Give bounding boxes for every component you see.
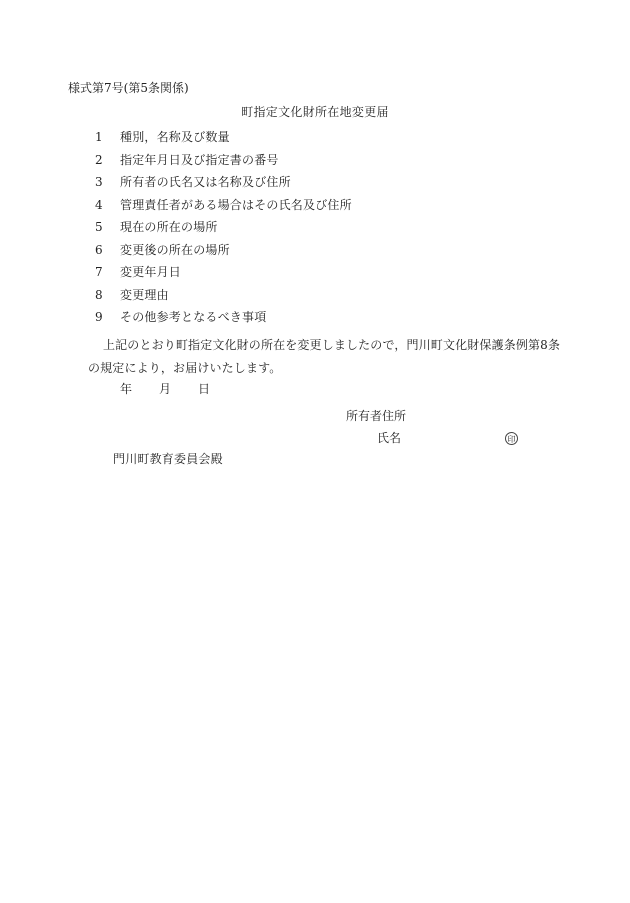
list-item: 7 変更年月日 [95, 261, 352, 284]
item-number: 3 [95, 175, 120, 189]
list-item: 6 変更後の所在の場所 [95, 239, 352, 262]
item-number: 6 [95, 243, 120, 257]
item-label: 指定年月日及び指定書の番号 [120, 153, 279, 167]
seal-icon: 印 [505, 432, 518, 445]
item-number: 7 [95, 265, 120, 279]
item-label: 変更後の所在の場所 [120, 243, 230, 257]
document-title: 町指定文化財所在地変更届 [0, 105, 630, 119]
item-number: 8 [95, 288, 120, 302]
item-label: 変更理由 [120, 288, 169, 302]
list-item: 4 管理責任者がある場合はその氏名及び住所 [95, 194, 352, 217]
item-number: 9 [95, 310, 120, 324]
body-paragraph-line-2: の規定により，お届けいたします。 [88, 361, 281, 375]
list-item: 2 指定年月日及び指定書の番号 [95, 149, 352, 172]
item-number: 5 [95, 220, 120, 234]
name-label: 氏名 [377, 431, 401, 445]
form-number: 様式第7号(第5条関係) [68, 81, 189, 95]
item-label: 変更年月日 [120, 265, 181, 279]
item-label: その他参考となるべき事項 [120, 310, 266, 324]
list-item: 5 現在の所在の場所 [95, 216, 352, 239]
owner-address-label: 所有者住所 [346, 409, 406, 423]
item-number: 2 [95, 153, 120, 167]
item-label: 現在の所在の場所 [120, 220, 218, 234]
list-item: 8 変更理由 [95, 284, 352, 307]
item-label: 所有者の氏名又は名称及び住所 [120, 175, 291, 189]
item-number: 4 [95, 198, 120, 212]
list-item: 3 所有者の氏名又は名称及び住所 [95, 171, 352, 194]
list-item: 9 その他参考となるべき事項 [95, 306, 352, 329]
body-paragraph-line-1: 上記のとおり町指定文化財の所在を変更しましたので，門川町文化財保護条例第8条 [103, 338, 560, 352]
date-line: 年 月 日 [120, 382, 211, 396]
item-label: 種別，名称及び数量 [120, 130, 230, 144]
item-number: 1 [95, 130, 120, 144]
item-label: 管理責任者がある場合はその氏名及び住所 [120, 198, 352, 212]
document-page: 様式第7号(第5条関係) 町指定文化財所在地変更届 1 種別，名称及び数量 2 … [0, 0, 630, 903]
item-list: 1 種別，名称及び数量 2 指定年月日及び指定書の番号 3 所有者の氏名又は名称… [95, 126, 352, 329]
list-item: 1 種別，名称及び数量 [95, 126, 352, 149]
addressee: 門川町教育委員会殿 [113, 452, 223, 466]
